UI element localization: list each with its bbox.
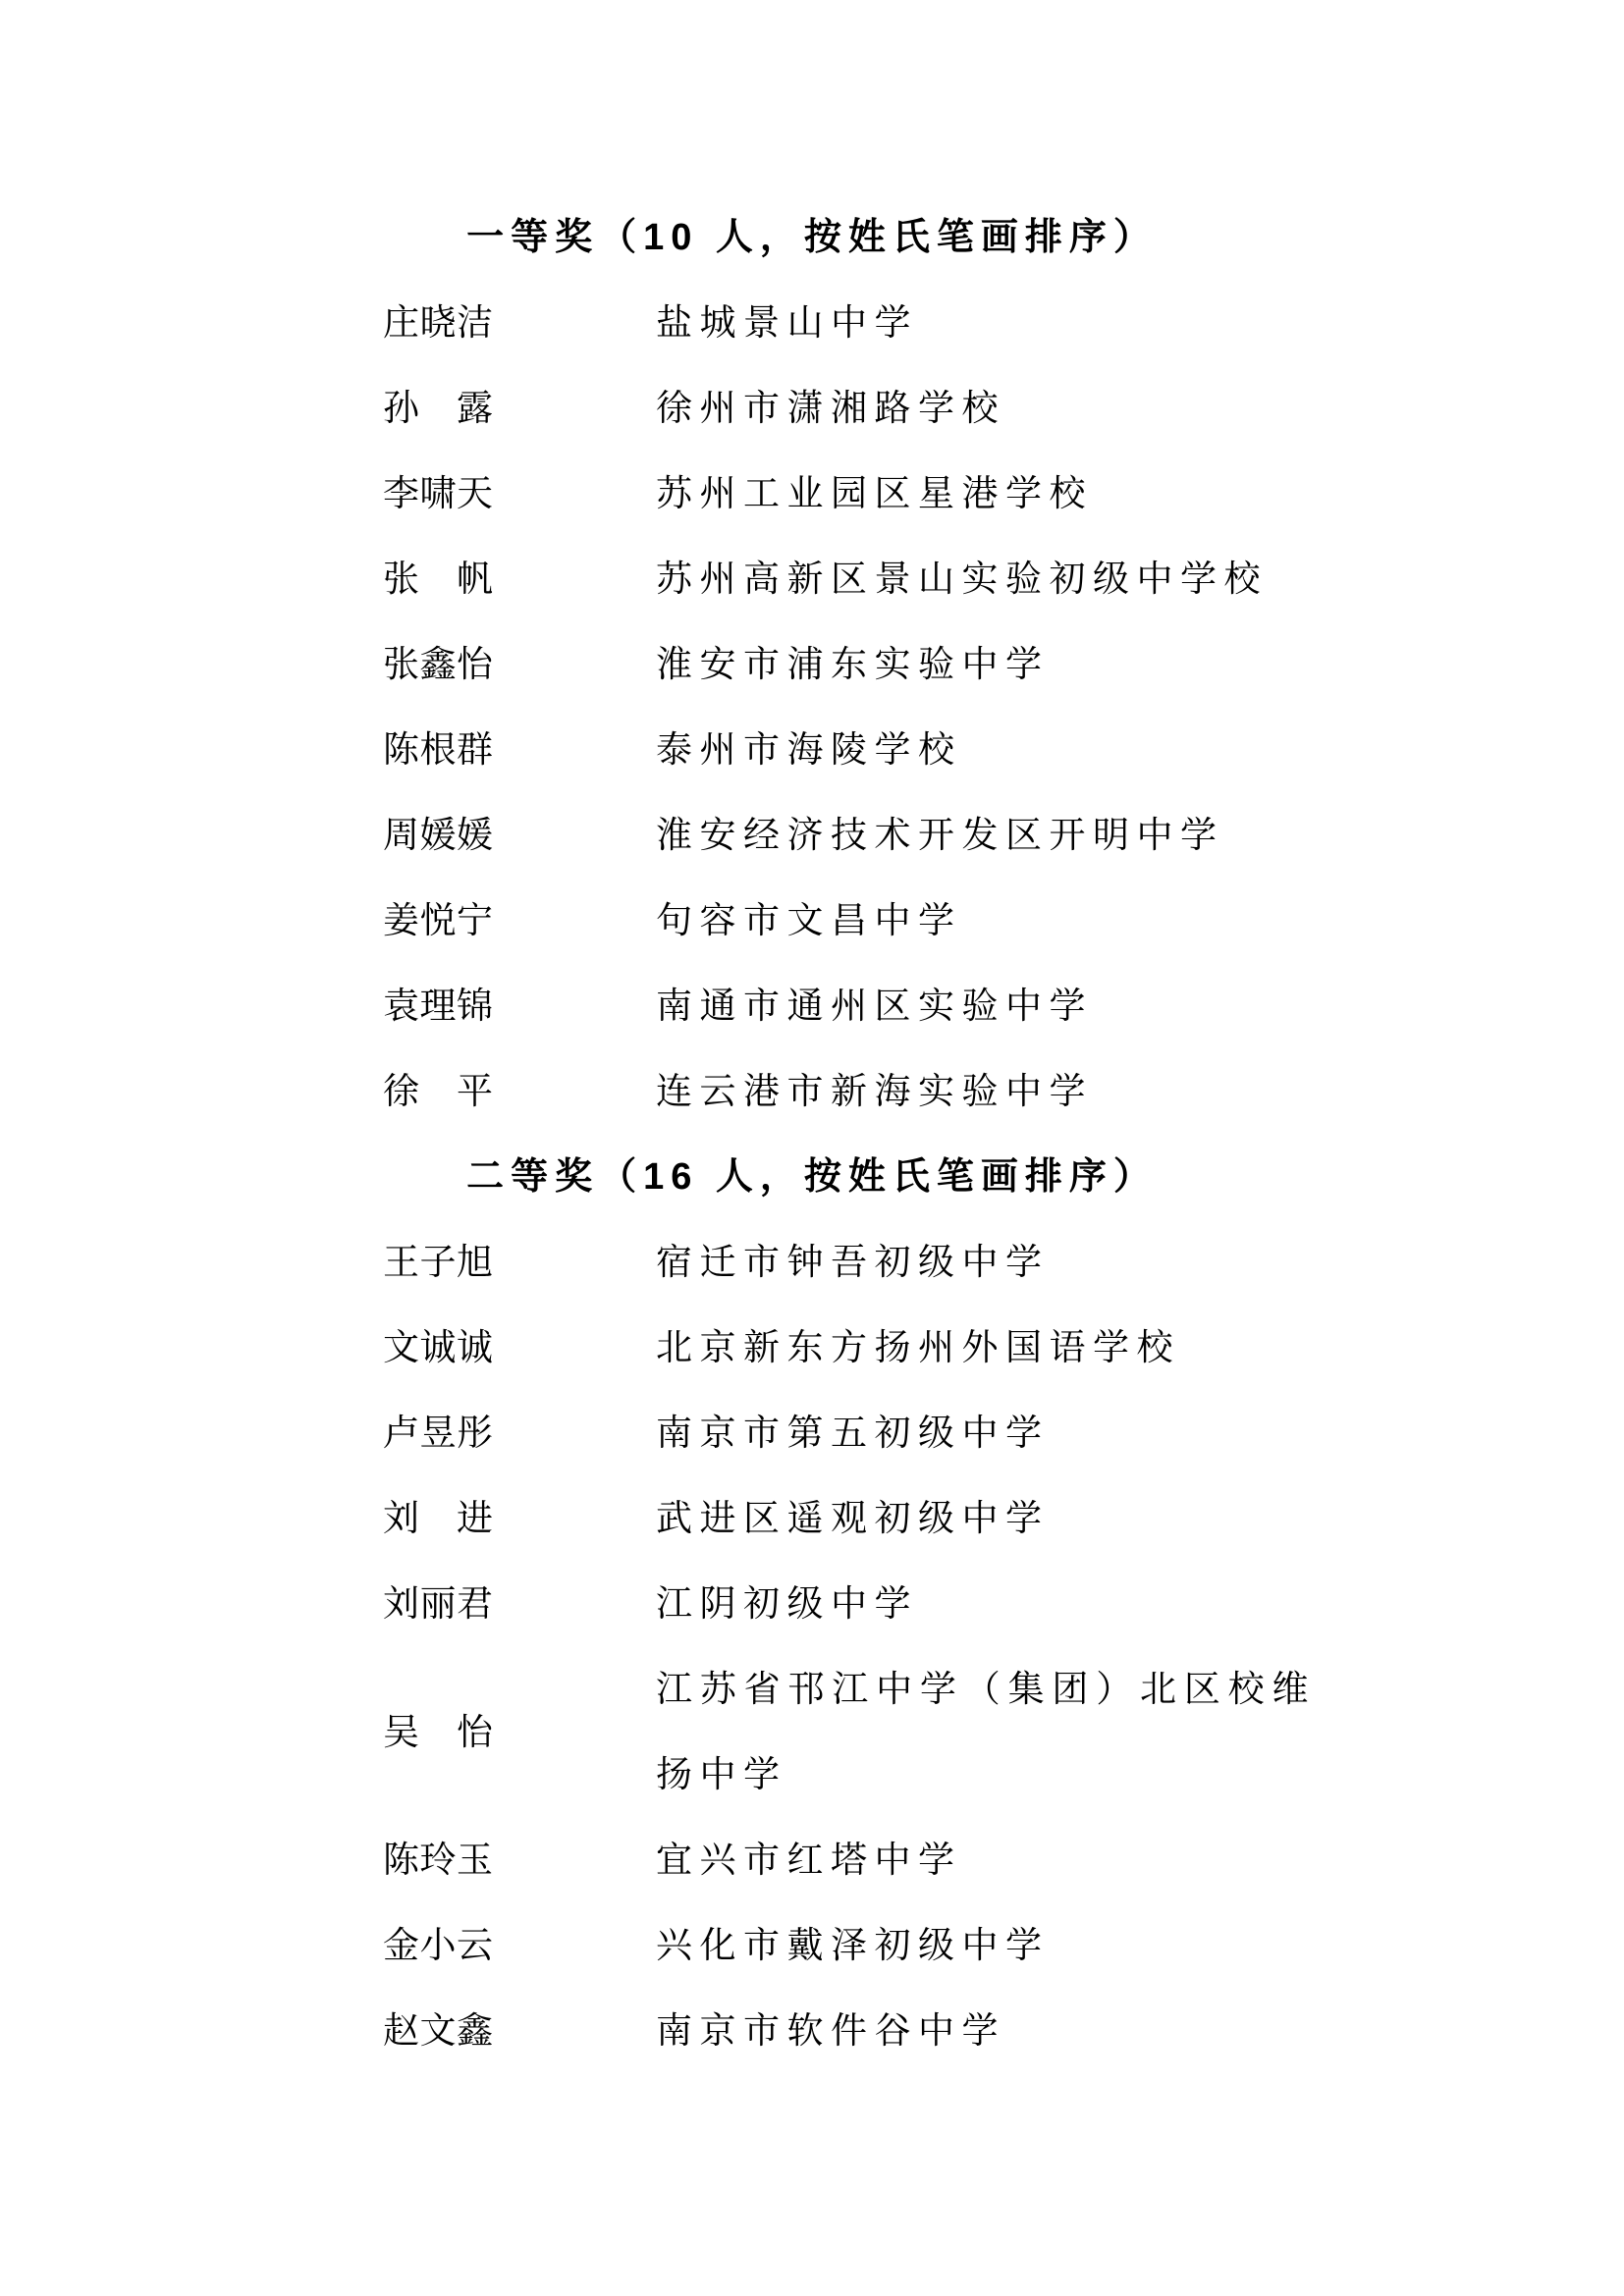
winner-school: 淮安市浦东实验中学 bbox=[656, 622, 1316, 708]
winner-school: 句容市文昌中学 bbox=[656, 879, 1316, 964]
winner-school: 武进区遥观初级中学 bbox=[656, 1476, 1316, 1562]
winner-name: 文诚诚 bbox=[383, 1306, 493, 1391]
winner-school: 苏州高新区景山实验初级中学校 bbox=[656, 537, 1316, 622]
winner-name: 陈根群 bbox=[383, 708, 493, 793]
winner-school: 宜兴市红塔中学 bbox=[656, 1818, 1316, 1903]
winner-name: 张鑫怡 bbox=[383, 622, 493, 708]
section-title: 一等奖（10 人，按姓氏笔画排序） bbox=[0, 195, 1624, 281]
winner-school: 泰州市海陵学校 bbox=[656, 708, 1316, 793]
winner-name: 吴怡 bbox=[383, 1690, 493, 1776]
winner-name: 袁理锦 bbox=[383, 964, 493, 1049]
winner-row: 刘丽君江阴初级中学 bbox=[383, 1562, 1624, 1647]
winner-name: 陈玲玉 bbox=[383, 1818, 493, 1903]
winner-row: 周媛媛淮安经济技术开发区开明中学 bbox=[383, 793, 1624, 879]
winner-name: 金小云 bbox=[383, 1903, 493, 1989]
winner-row: 张帆苏州高新区景山实验初级中学校 bbox=[383, 537, 1624, 622]
winner-school: 江苏省邗江中学（集团）北区校维扬中学 bbox=[656, 1647, 1316, 1818]
winner-name: 刘进 bbox=[383, 1476, 493, 1562]
winner-row: 孙露徐州市潇湘路学校 bbox=[383, 366, 1624, 452]
winner-name: 刘丽君 bbox=[383, 1562, 493, 1647]
winner-row: 刘进武进区遥观初级中学 bbox=[383, 1476, 1624, 1562]
winner-school: 江阴初级中学 bbox=[656, 1562, 1316, 1647]
winner-row: 李啸天苏州工业园区星港学校 bbox=[383, 452, 1624, 537]
winner-name: 张帆 bbox=[383, 537, 493, 622]
winner-row: 赵文鑫南京市软件谷中学 bbox=[383, 1989, 1624, 2074]
winner-name: 王子旭 bbox=[383, 1220, 493, 1306]
winner-name: 卢昱彤 bbox=[383, 1391, 493, 1476]
winner-school: 苏州工业园区星港学校 bbox=[656, 452, 1316, 537]
winner-row: 张鑫怡淮安市浦东实验中学 bbox=[383, 622, 1624, 708]
winner-row: 陈玲玉宜兴市红塔中学 bbox=[383, 1818, 1624, 1903]
winner-name: 李啸天 bbox=[383, 452, 493, 537]
winner-name: 姜悦宁 bbox=[383, 879, 493, 964]
winner-name: 孙露 bbox=[383, 366, 493, 452]
winner-row: 王子旭宿迁市钟吾初级中学 bbox=[383, 1220, 1624, 1306]
winner-school: 连云港市新海实验中学 bbox=[656, 1049, 1316, 1135]
winner-row: 陈根群泰州市海陵学校 bbox=[383, 708, 1624, 793]
winner-school: 盐城景山中学 bbox=[656, 281, 1316, 366]
winner-school: 宿迁市钟吾初级中学 bbox=[656, 1220, 1316, 1306]
section-title: 二等奖（16 人，按姓氏笔画排序） bbox=[0, 1135, 1624, 1220]
document-page: 一等奖（10 人，按姓氏笔画排序）庄晓洁盐城景山中学孙露徐州市潇湘路学校李啸天苏… bbox=[0, 0, 1624, 2296]
winner-row: 徐平连云港市新海实验中学 bbox=[383, 1049, 1624, 1135]
winner-school: 淮安经济技术开发区开明中学 bbox=[656, 793, 1316, 879]
winner-name: 徐平 bbox=[383, 1049, 493, 1135]
winner-row: 吴怡江苏省邗江中学（集团）北区校维扬中学 bbox=[383, 1647, 1624, 1818]
winner-row: 姜悦宁句容市文昌中学 bbox=[383, 879, 1624, 964]
winner-name: 赵文鑫 bbox=[383, 1989, 493, 2074]
winner-school: 南京市第五初级中学 bbox=[656, 1391, 1316, 1476]
winner-row: 庄晓洁盐城景山中学 bbox=[383, 281, 1624, 366]
winner-name: 庄晓洁 bbox=[383, 281, 493, 366]
winner-row: 卢昱彤南京市第五初级中学 bbox=[383, 1391, 1624, 1476]
winner-row: 金小云兴化市戴泽初级中学 bbox=[383, 1903, 1624, 1989]
winner-row: 文诚诚北京新东方扬州外国语学校 bbox=[383, 1306, 1624, 1391]
winner-school: 南京市软件谷中学 bbox=[656, 1989, 1316, 2074]
winner-row: 袁理锦南通市通州区实验中学 bbox=[383, 964, 1624, 1049]
winner-name: 周媛媛 bbox=[383, 793, 493, 879]
winner-school: 徐州市潇湘路学校 bbox=[656, 366, 1316, 452]
winner-school: 南通市通州区实验中学 bbox=[656, 964, 1316, 1049]
winner-school: 北京新东方扬州外国语学校 bbox=[656, 1306, 1316, 1391]
winner-school: 兴化市戴泽初级中学 bbox=[656, 1903, 1316, 1989]
